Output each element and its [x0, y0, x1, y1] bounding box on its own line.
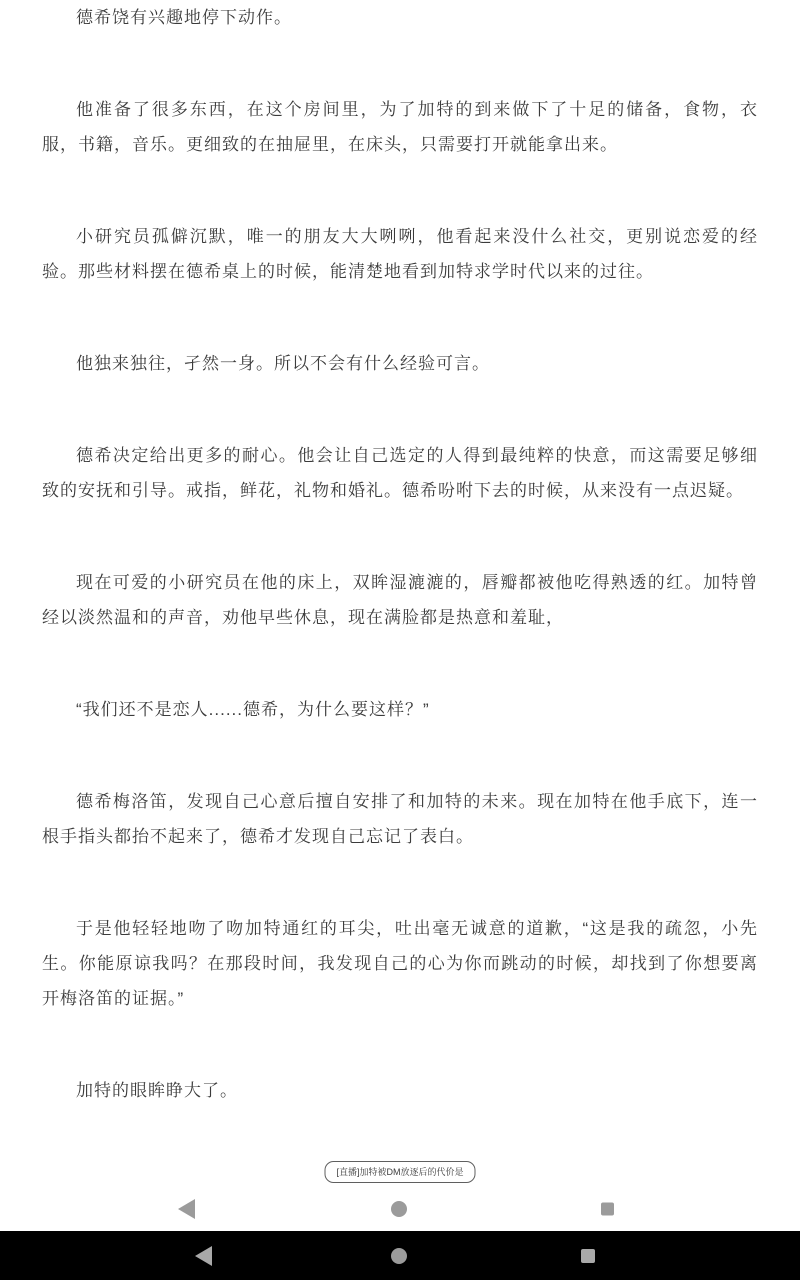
back-icon[interactable] [178, 1199, 195, 1219]
paragraph-8: 德希梅洛笛，发现自己心意后擅自安排了和加特的未来。现在加特在他手底下，连一根手指… [42, 784, 758, 854]
paragraph-3: 小研究员孤僻沉默，唯一的朋友大大咧咧，他看起来没什么社交，更别说恋爱的经验。那些… [42, 219, 758, 289]
paragraph-7: “我们还不是恋人......德希，为什么要这样？” [42, 692, 758, 727]
reader-content: 德希饶有兴趣地停下动作。 他准备了很多东西，在这个房间里，为了加特的到来做下了十… [0, 0, 800, 1165]
paragraph-2: 他准备了很多东西，在这个房间里，为了加特的到来做下了十足的储备，食物，衣服，书籍… [42, 92, 758, 162]
back-triangle-glyph [195, 1246, 212, 1266]
home-icon[interactable] [391, 1248, 407, 1264]
back-icon[interactable] [195, 1246, 212, 1266]
chapter-title-pill[interactable]: [直播]加特被DM放逐后的代价是 [325, 1161, 476, 1183]
paragraph-9: 于是他轻轻地吻了吻加特通红的耳尖，吐出毫无诚意的道歉，“这是我的疏忽，小先生。你… [42, 911, 758, 1016]
paragraph-5: 德希决定给出更多的耐心。他会让自己选定的人得到最纯粹的快意，而这需要足够细致的安… [42, 438, 758, 508]
paragraph-4: 他独来独往，孑然一身。所以不会有什么经验可言。 [42, 346, 758, 381]
recents-icon[interactable] [581, 1249, 595, 1263]
paragraph-10: 加特的眼眸睁大了。 [42, 1073, 758, 1108]
recents-icon[interactable] [601, 1202, 614, 1215]
app-navigation-bar [0, 1186, 800, 1231]
recents-square-glyph [601, 1202, 614, 1215]
system-navigation-bar [0, 1231, 800, 1280]
home-circle-glyph [391, 1201, 407, 1217]
paragraph-6: 现在可爱的小研究员在他的床上，双眸湿漉漉的，唇瓣都被他吃得熟透的红。加特曾经以淡… [42, 565, 758, 635]
recents-square-glyph [581, 1249, 595, 1263]
home-icon[interactable] [391, 1201, 407, 1217]
home-circle-glyph [391, 1248, 407, 1264]
paragraph-1: 德希饶有兴趣地停下动作。 [42, 0, 758, 35]
back-triangle-glyph [178, 1199, 195, 1219]
